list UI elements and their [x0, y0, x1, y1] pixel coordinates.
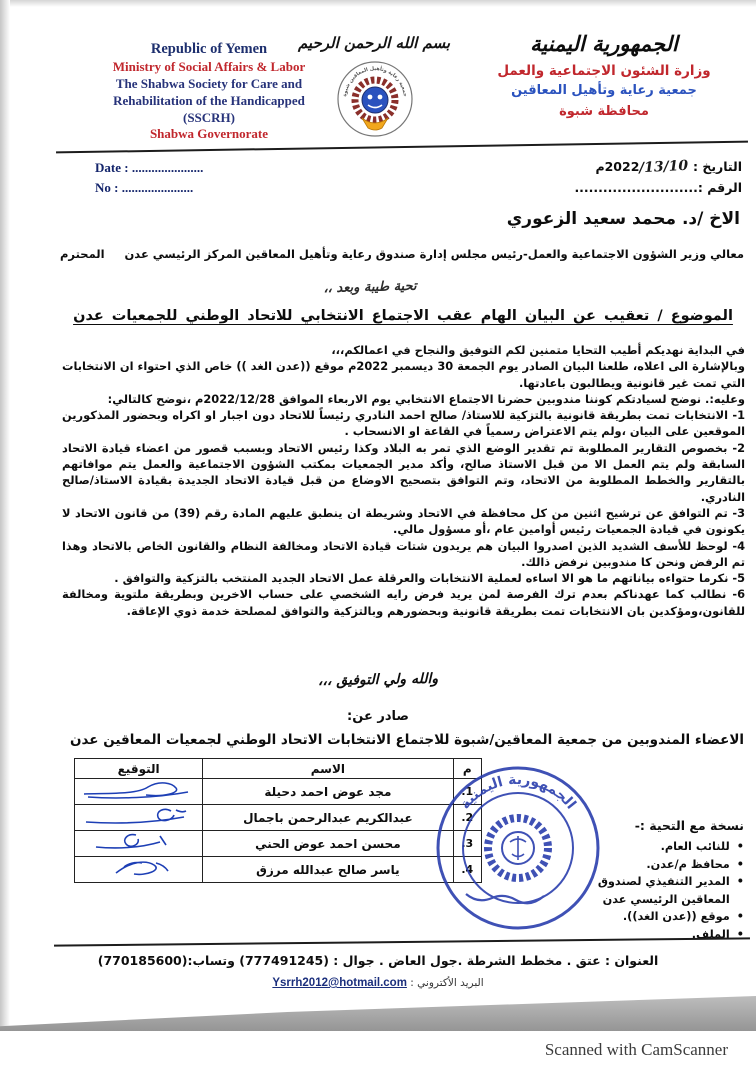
letter-body: في البداية نهديكم أطيب التحايا متمنين لك…: [62, 342, 745, 619]
row-1-name: مجد عوض احمد دحيلة: [203, 779, 453, 805]
letterhead-ar-country: الجمهورية اليمنية: [468, 28, 740, 61]
bullet-icon: •: [737, 838, 744, 856]
letterhead-ar-ministry: وزارة الشئون الاجتماعية والعمل: [468, 61, 740, 82]
table-row: .3 محسن احمد عوض الحني: [75, 831, 482, 857]
table-row: .4 ياسر صالح عبدالله مرزق: [75, 857, 482, 883]
body-point-2: 2- بخصوص التقارير المطلوبة تم تقدير الوض…: [62, 440, 745, 505]
body-paragraph-3: وعليه:. نوضح لسيادتكم كوننا مندوبين حضرن…: [62, 391, 745, 407]
letterhead-english: Republic of Yemen Ministry of Social Aff…: [80, 40, 338, 143]
header-signature: التوقيع: [75, 759, 203, 779]
list-item: •محافظ م/عدن.: [572, 856, 744, 874]
bullet-icon: •: [737, 926, 744, 944]
row-2-name: عبدالكريم عبدالرحمن باجمال: [203, 805, 453, 831]
scanned-letter-page: Republic of Yemen Ministry of Social Aff…: [0, 0, 756, 1080]
copy-item-3: المدير التنفيذي لصندوق المعاقين الرئيسي …: [572, 873, 730, 908]
signature-scribble-2: [75, 805, 203, 831]
honorific: المحترم: [60, 247, 105, 261]
bullet-icon: •: [737, 908, 744, 926]
letterhead-en-society-2: Rehabilitation of the Handicapped: [80, 93, 338, 110]
copy-item-1: للنائب العام.: [661, 838, 730, 856]
copy-item-5: الملف.: [692, 926, 730, 944]
email-label: البريد الأكتروني :: [410, 977, 483, 989]
email-address: Ysrrh2012@hotmail.com: [272, 977, 407, 989]
body-paragraph-2: وبالإشارة الى اعلاه، طلعنا البيان الصادر…: [62, 358, 745, 391]
copy-to-title: نسخة مع التحية :-: [572, 816, 744, 835]
copy-item-4: موقع ((عدن الغد)).: [623, 908, 730, 926]
handwritten-greeting: تحية طيبة وبعد ،،: [255, 277, 485, 298]
signature-scribble-4: [75, 857, 203, 883]
handwritten-closing: والله ولي التوفيق ،،،: [258, 670, 498, 690]
date-field-en: Date : ......................: [95, 158, 295, 178]
letterhead-en-ministry: Ministry of Social Affairs & Labor: [80, 59, 338, 76]
signatories-table: م الاسم التوقيع .1 مجد عوض احمد دحيلة .2…: [74, 758, 482, 883]
issued-by-label: صادر عن:: [0, 709, 756, 724]
body-paragraph-1: في البداية نهديكم أطيب التحايا متمنين لك…: [62, 342, 745, 358]
scan-edge-left: [0, 0, 10, 1080]
body-point-5: 5- نكرما حتواءه بياناتهم ما هو الا اساءه…: [62, 570, 745, 586]
letterhead-en-acronym: (SSCRH): [80, 110, 338, 127]
copy-item-2: محافظ م/عدن.: [646, 856, 729, 874]
handwritten-date: 13/10/: [639, 155, 689, 180]
header-name: الاسم: [203, 759, 453, 779]
row-3-name: محسن احمد عوض الحني: [203, 831, 453, 857]
bismillah-text: بسم الله الرحمن الرحيم: [296, 34, 452, 52]
bullet-icon: •: [737, 856, 744, 874]
camscanner-watermark: Scanned with CamScanner: [545, 1040, 728, 1060]
list-item: •المدير التنفيذي لصندوق المعاقين الرئيسي…: [572, 873, 744, 908]
date-number-arabic: التاريخ : 13/10/2022م الرقم :...........…: [546, 156, 742, 198]
scan-edge-top: [0, 0, 756, 7]
body-point-1: 1- الانتخابات تمت بطريقة قانونية بالتزكي…: [62, 407, 745, 440]
letterhead-ar-society: جمعية رعاية وتأهيل المعاقين: [468, 81, 740, 101]
letterhead-ar-governorate: محافظة شبوة: [468, 102, 740, 122]
date-number-english: Date : ...................... No : .....…: [95, 158, 295, 198]
body-point-4: 4- لوحظ للأسف الشديد الذين اصدروا البيان…: [62, 538, 745, 571]
number-field-ar: الرقم :..........................: [546, 178, 742, 198]
row-4-name: ياسر صالح عبدالله مرزق: [203, 857, 453, 883]
table-header-row: م الاسم التوقيع: [75, 759, 482, 779]
table-row: .1 مجد عوض احمد دحيلة: [75, 779, 482, 805]
footer-address: العنوان : عتق . مخطط الشرطة .جول العاض .…: [58, 953, 698, 968]
signature-scribble-1: [75, 779, 203, 805]
number-field-en: No : ......................: [95, 178, 295, 198]
table-row: .2 عبدالكريم عبدالرحمن باجمال: [75, 805, 482, 831]
footer-email-row: البريد الأكتروني : Ysrrh2012@hotmail.com: [58, 977, 698, 989]
bullet-icon: •: [737, 873, 744, 908]
addressee-title-row: معالي وزير الشؤون الاجتماعية والعمل-رئيس…: [60, 247, 744, 261]
subject-line: الموضوع / تعقيب عن البيان الهام عقب الاج…: [60, 308, 746, 324]
addressee-title: معالي وزير الشؤون الاجتماعية والعمل-رئيس…: [124, 247, 744, 261]
list-item: •موقع ((عدن الغد)).: [572, 908, 744, 926]
copy-to-list: نسخة مع التحية :- •للنائب العام. •محافظ …: [572, 816, 744, 943]
signature-scribble-3: [75, 831, 203, 857]
letterhead-en-society-1: The Shabwa Society for Care and: [80, 76, 338, 93]
camscanner-strip: Scanned with CamScanner: [0, 1031, 756, 1080]
addressee-name: الاخ /د. محمد سعيد الزعوري: [400, 209, 740, 229]
body-point-6: 6- نطالب كما عهدناكم بعدم ترك الفرصة لمن…: [62, 586, 745, 619]
list-item: •للنائب العام.: [572, 838, 744, 856]
letterhead-arabic: الجمهورية اليمنية وزارة الشئون الاجتماعي…: [468, 28, 740, 122]
letterhead-en-governorate: Shabwa Governorate: [80, 126, 338, 143]
members-title: الاعضاء المندوبين من جمعية المعاقين/شبوة…: [68, 732, 746, 748]
date-field-ar: التاريخ : 13/10/2022م: [546, 156, 742, 178]
body-point-3: 3- تم التوافق عن ترشيح اثنين من كل محافظ…: [62, 505, 745, 538]
society-emblem-icon: جمعية رعاية وتأهيل المعاقين شبوة: [336, 60, 414, 138]
